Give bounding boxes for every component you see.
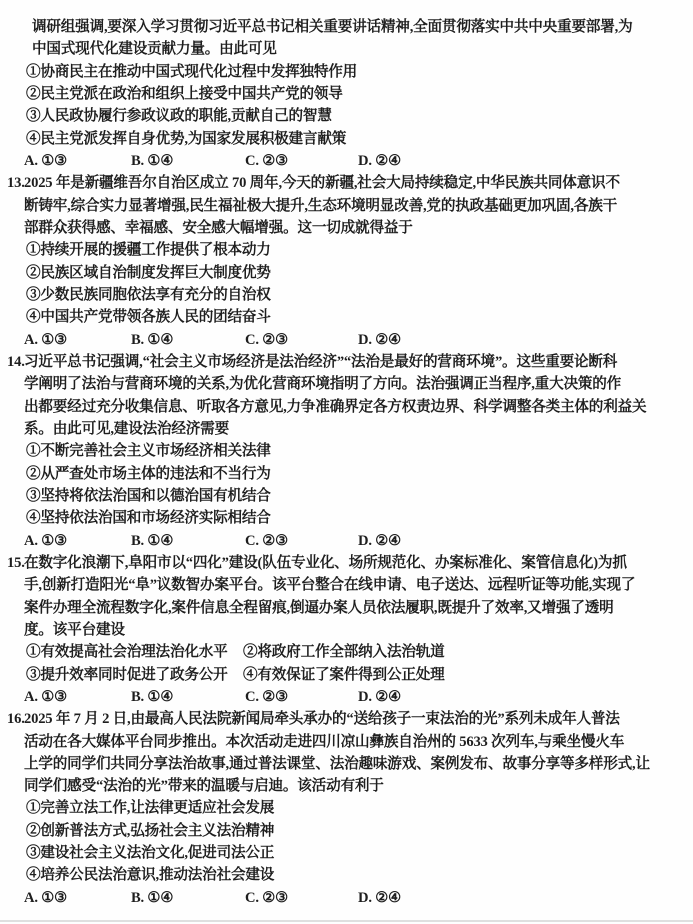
stem-line: 13.2025 年是新疆维吾尔自治区成立 70 周年,今天的新疆,社会大局持续稳… (0, 172, 693, 194)
stem-line: 案件办理全流程数字化,案件信息全程留痕,倒逼办案人员依法履职,既提升了效率,又增… (0, 597, 693, 619)
stem-text: 习近平总书记强调,“社会主义市场经济是法治经济”“法治是最好的营商环境”。这些重… (24, 354, 617, 370)
stem-line: 系。由此可见,建设法治经济需要 (0, 418, 693, 440)
choice-c: C. ②③ (245, 887, 358, 909)
statement-item-row: ③提升效率同时促进了政务公开④有效保证了案件得到公正处理 (0, 664, 693, 686)
choices-row: A. ①③B. ①④C. ②③D. ②④ (0, 887, 693, 909)
statement-item-2: ②从严查处市场主体的违法和不当行为 (0, 463, 693, 485)
question-number: 16. (7, 708, 25, 730)
statement-item-1: ①持续开展的援疆工作提供了根本动力 (0, 239, 693, 261)
question-12-continuation: 调研组强调,要深入学习贯彻习近平总书记相关重要讲话精神,全面贯彻落实中共中央重要… (0, 16, 693, 172)
choices-row: A. ①③B. ①④C. ②③D. ②④ (0, 686, 693, 708)
choice-b: B. ①④ (131, 530, 245, 552)
choice-c: C. ②③ (245, 530, 358, 552)
statement-item-1: ①有效提高社会治理法治化水平 (26, 641, 243, 663)
stem-line: 度。该平台建设 (0, 619, 693, 641)
statement-item-3: ③坚持将依法治国和以德治国有机结合 (0, 485, 693, 507)
question-number: 13. (7, 172, 25, 194)
stem-line: 出都要经过充分收集信息、听取各方意见,力争准确界定各方权责边界、科学调整各类主体… (0, 396, 693, 418)
statement-item-1: ①协商民主在推动中国式现代化过程中发挥独特作用 (0, 61, 693, 83)
statement-item-3: ③建设社会主义法治文化,促进司法公正 (0, 842, 693, 864)
choice-a: A. ①③ (24, 686, 131, 708)
stem-line: 断铸牢,综合实力显著增强,民生福祉极大提升,生态环境明显改善,党的执政基础更加巩… (0, 195, 693, 217)
choice-a: A. ①③ (24, 887, 131, 909)
statement-item-1: ①完善立法工作,让法律更适应社会发展 (0, 797, 693, 819)
statement-item-row: ①有效提高社会治理法治化水平②将政府工作全部纳入法治轨道 (0, 641, 693, 663)
choice-c: C. ②③ (245, 329, 358, 351)
question-number: 15. (7, 552, 25, 574)
stem-line: 15.在数字化浪潮下,阜阳市以“四化”建设(队伍专业化、场所规范化、办案标准化、… (0, 552, 693, 574)
statement-item-2: ②民主党派在政治和组织上接受中国共产党的领导 (0, 83, 693, 105)
choices-row: A. ①③B. ①④C. ②③D. ②④ (0, 150, 693, 172)
choice-d: D. ②④ (358, 686, 401, 708)
stem-line: 上学的同学们共同分享法治故事,通过普法课堂、法治趣味游戏、案例发布、故事分享等多… (0, 753, 693, 775)
stem-text: 2025 年 7 月 2 日,由最高人民法院新闻局牵头承办的“送给孩子一束法治的… (24, 711, 620, 727)
statement-item-4: ④民主党派发挥自身优势,为国家发展积极建言献策 (0, 128, 693, 150)
statement-item-3: ③少数民族同胞依法享有充分的自治权 (0, 284, 693, 306)
statement-item-2: ②将政府工作全部纳入法治轨道 (243, 644, 445, 660)
choice-b: B. ①④ (131, 150, 245, 172)
statement-item-1: ①不断完善社会主义市场经济相关法律 (0, 440, 693, 462)
question-16: 16.2025 年 7 月 2 日,由最高人民法院新闻局牵头承办的“送给孩子一束… (0, 708, 693, 909)
stem-line: 活动在各大媒体平台同步推出。本次活动走进四川凉山彝族自治州的 5633 次列车,… (0, 731, 693, 753)
choice-a: A. ①③ (24, 530, 131, 552)
statement-item-4: ④坚持依法治国和市场经济实际相结合 (0, 507, 693, 529)
stem-line: 14.习近平总书记强调,“社会主义市场经济是法治经济”“法治是最好的营商环境”。… (0, 351, 693, 373)
choice-b: B. ①④ (131, 686, 245, 708)
question-14: 14.习近平总书记强调,“社会主义市场经济是法治经济”“法治是最好的营商环境”。… (0, 351, 693, 552)
statement-item-3: ③提升效率同时促进了政务公开 (26, 664, 243, 686)
stem-line: 同学们感受“法治的光”带来的温暖与启迪。该活动有利于 (0, 775, 693, 797)
stem-text: 2025 年是新疆维吾尔自治区成立 70 周年,今天的新疆,社会大局持续稳定,中… (24, 175, 620, 191)
statement-item-3: ③人民政协履行参政议政的职能,贡献自己的智慧 (0, 105, 693, 127)
statement-item-4: ④培养公民法治意识,推动法治社会建设 (0, 864, 693, 886)
stem-line: 中国式现代化建设贡献力量。由此可见 (0, 38, 693, 60)
statement-item-2: ②民族区域自治制度发挥巨大制度优势 (0, 262, 693, 284)
stem-line: 学阐明了法治与营商环境的关系,为优化营商环境指明了方向。法治强调正当程序,重大决… (0, 373, 693, 395)
choice-c: C. ②③ (245, 686, 358, 708)
question-15: 15.在数字化浪潮下,阜阳市以“四化”建设(队伍专业化、场所规范化、办案标准化、… (0, 552, 693, 708)
choices-row: A. ①③B. ①④C. ②③D. ②④ (0, 530, 693, 552)
choice-d: D. ②④ (358, 530, 401, 552)
choice-d: D. ②④ (358, 329, 401, 351)
choice-b: B. ①④ (131, 329, 245, 351)
choices-row: A. ①③B. ①④C. ②③D. ②④ (0, 329, 693, 351)
scan-edge-artifact (0, 920, 693, 922)
stem-line: 手,创新打造阳光“阜”议数智办案平台。该平台整合在线申请、电子送达、远程听证等功… (0, 574, 693, 596)
statement-item-2: ②创新普法方式,弘扬社会主义法治精神 (0, 820, 693, 842)
question-number: 14. (7, 351, 25, 373)
exam-page: 调研组强调,要深入学习贯彻习近平总书记相关重要讲话精神,全面贯彻落实中共中央重要… (0, 0, 693, 924)
choice-b: B. ①④ (131, 887, 245, 909)
choice-d: D. ②④ (358, 887, 401, 909)
choice-c: C. ②③ (245, 150, 358, 172)
statement-item-4: ④有效保证了案件得到公正处理 (243, 667, 445, 683)
choice-d: D. ②④ (358, 150, 401, 172)
choice-a: A. ①③ (24, 150, 131, 172)
choice-a: A. ①③ (24, 329, 131, 351)
statement-item-4: ④中国共产党带领各族人民的团结奋斗 (0, 306, 693, 328)
stem-line: 部群众获得感、幸福感、安全感大幅增强。这一切成就得益于 (0, 217, 693, 239)
stem-line: 16.2025 年 7 月 2 日,由最高人民法院新闻局牵头承办的“送给孩子一束… (0, 708, 693, 730)
question-13: 13.2025 年是新疆维吾尔自治区成立 70 周年,今天的新疆,社会大局持续稳… (0, 172, 693, 351)
stem-text: 在数字化浪潮下,阜阳市以“四化”建设(队伍专业化、场所规范化、办案标准化、案管信… (24, 555, 627, 571)
stem-line: 调研组强调,要深入学习贯彻习近平总书记相关重要讲话精神,全面贯彻落实中共中央重要… (0, 16, 693, 38)
